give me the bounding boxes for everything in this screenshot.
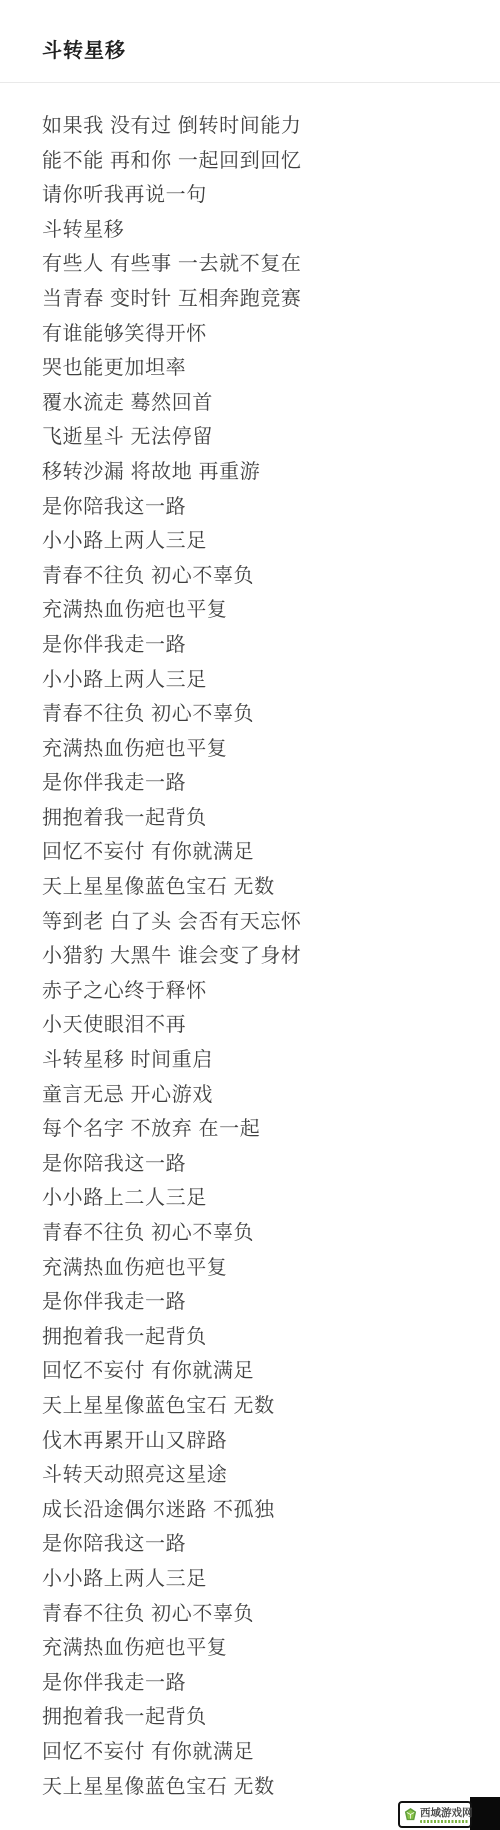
lyric-line: 天上星星像蓝色宝石 无数: [42, 1389, 480, 1424]
watermark-corner-block: [470, 1797, 500, 1830]
lyric-line: 小小路上两人三足: [42, 524, 480, 559]
lyric-line: 斗转星移: [42, 213, 480, 248]
lyric-line: 拥抱着我一起背负: [42, 1320, 480, 1355]
lyric-line: 是你陪我这一路: [42, 1147, 480, 1182]
lyric-line: 小天使眼泪不再: [42, 1008, 480, 1043]
lyric-line: 是你伴我走一路: [42, 628, 480, 663]
lyric-line: 是你陪我这一路: [42, 490, 480, 525]
page-header: 斗转星移: [0, 0, 500, 62]
lyric-line: 青春不往负 初心不辜负: [42, 559, 480, 594]
lyric-line: 能不能 再和你 一起回到回忆: [42, 144, 480, 179]
lyric-line: 斗转星移 时间重启: [42, 1043, 480, 1078]
lyric-line: 覆水流走 蓦然回首: [42, 386, 480, 421]
lyric-line: 有些人 有些事 一去就不复在: [42, 247, 480, 282]
lyric-line: 充满热血伤疤也平复: [42, 1251, 480, 1286]
lyric-line: 等到老 白了头 会否有天忘怀: [42, 905, 480, 940]
lyric-line: 青春不往负 初心不辜负: [42, 1216, 480, 1251]
lyric-line: 充满热血伤疤也平复: [42, 732, 480, 767]
header-divider: [0, 82, 500, 83]
lyric-line: 回忆不妄付 有你就满足: [42, 1735, 480, 1770]
lyric-line: 青春不往负 初心不辜负: [42, 697, 480, 732]
lyric-line: 每个名字 不放弃 在一起: [42, 1112, 480, 1147]
lyric-line: 充满热血伤疤也平复: [42, 1631, 480, 1666]
watermark-text: 西域游戏网: [420, 1807, 467, 1823]
lyric-line: 童言无忌 开心游戏: [42, 1078, 480, 1113]
lyric-line: 请你听我再说一句: [42, 178, 480, 213]
lyric-line: 回忆不妄付 有你就满足: [42, 835, 480, 870]
lyric-line: 回忆不妄付 有你就满足: [42, 1354, 480, 1389]
lyrics: 如果我 没有过 倒转时间能力能不能 再和你 一起回到回忆请你听我再说一句斗转星移…: [0, 109, 500, 1804]
lyric-line: 青春不往负 初心不辜负: [42, 1597, 480, 1632]
lyric-line: 是你伴我走一路: [42, 1666, 480, 1701]
green-gem-icon: [403, 1807, 418, 1822]
lyric-line: 充满热血伤疤也平复: [42, 593, 480, 628]
lyric-line: 有谁能够笑得开怀: [42, 317, 480, 352]
watermark: 西域游戏网: [390, 1790, 500, 1830]
lyric-line: 伐木再累开山又辟路: [42, 1424, 480, 1459]
watermark-site-name: 西域游戏网: [420, 1807, 467, 1819]
page-title: 斗转星移: [42, 40, 500, 62]
lyric-line: 小猎豹 大黑牛 谁会变了身材: [42, 939, 480, 974]
lyric-line: 飞逝星斗 无法停留: [42, 420, 480, 455]
lyric-line: 当青春 变时针 互相奔跑竞赛: [42, 282, 480, 317]
lyric-line: 小小路上二人三足: [42, 1181, 480, 1216]
watermark-url-microtext: [420, 1820, 468, 1823]
lyric-line: 移转沙漏 将故地 再重游: [42, 455, 480, 490]
lyric-line: 斗转天动照亮这星途: [42, 1458, 480, 1493]
lyric-line: 哭也能更加坦率: [42, 351, 480, 386]
lyric-line: 小小路上两人三足: [42, 1562, 480, 1597]
lyric-line: 赤子之心终于释怀: [42, 974, 480, 1009]
lyric-line: 小小路上两人三足: [42, 663, 480, 698]
lyric-line: 是你陪我这一路: [42, 1527, 480, 1562]
lyric-line: 如果我 没有过 倒转时间能力: [42, 109, 480, 144]
lyric-line: 成长沿途偶尔迷路 不孤独: [42, 1493, 480, 1528]
lyric-line: 是你伴我走一路: [42, 1285, 480, 1320]
lyric-line: 拥抱着我一起背负: [42, 801, 480, 836]
lyric-line: 是你伴我走一路: [42, 766, 480, 801]
watermark-box: 西域游戏网: [398, 1801, 472, 1828]
lyric-line: 天上星星像蓝色宝石 无数: [42, 870, 480, 905]
lyric-line: 拥抱着我一起背负: [42, 1700, 480, 1735]
